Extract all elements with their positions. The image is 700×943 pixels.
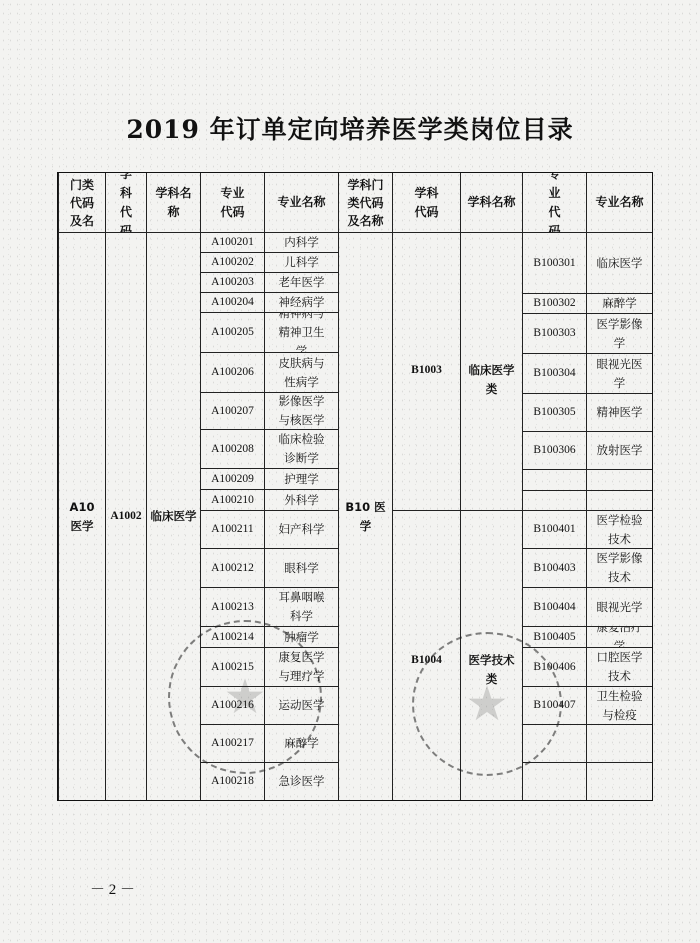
header-discipline-code: 学科代码: [105, 172, 147, 233]
major-code: B100305: [522, 393, 587, 432]
major-name: 耳鼻咽喉科学: [264, 587, 339, 627]
major-name: [586, 469, 653, 491]
category-a10: A10 医学: [58, 232, 106, 801]
major-code: A100202: [200, 252, 265, 273]
major-code: [522, 490, 587, 511]
major-code: B100401: [522, 510, 587, 549]
major-code: A100216: [200, 686, 265, 725]
major-name: 神经病学: [264, 292, 339, 313]
major-code: A100212: [200, 548, 265, 588]
page-number: － 2 －: [90, 878, 135, 899]
document-title: 2019 年订单定向培养医学类岗位目录: [0, 110, 700, 146]
major-code: B100406: [522, 647, 587, 687]
major-name: 影像医学与核医学: [264, 392, 339, 430]
major-name: 口腔医学技术: [586, 647, 653, 687]
major-name: 临床医学: [586, 232, 653, 294]
major-name: 护理学: [264, 468, 339, 490]
discipline-code-a1002: A1002: [105, 232, 147, 801]
discipline-code-b1004: B1004: [392, 510, 461, 801]
discipline-name-b1003: 临床医学类: [460, 232, 523, 511]
header-discipline-name: 学科名称: [460, 172, 523, 233]
discipline-name-b1004: 医学技术类: [460, 510, 523, 801]
discipline-name-a1002: 临床医学: [146, 232, 201, 801]
major-name: 卫生检验与检疫: [586, 686, 653, 725]
major-code: A100208: [200, 429, 265, 469]
major-code: [522, 762, 587, 801]
major-code: B100303: [522, 313, 587, 354]
major-name: 妇产科学: [264, 510, 339, 549]
major-code: B100302: [522, 293, 587, 314]
major-name: 临床检验诊断学: [264, 429, 339, 469]
major-code: A100209: [200, 468, 265, 490]
major-code: A100210: [200, 489, 265, 511]
major-code: B100403: [522, 548, 587, 588]
header-category: 学科门类代码及名称: [58, 172, 106, 233]
major-name: 医学影像学: [586, 313, 653, 354]
major-code: [522, 724, 587, 763]
major-code: A100205: [200, 312, 265, 353]
major-code: A100213: [200, 587, 265, 627]
header-discipline-name: 学科名称: [146, 172, 201, 233]
major-name: [586, 724, 653, 763]
major-code: A100215: [200, 647, 265, 687]
major-name: 放射医学: [586, 431, 653, 470]
major-code: B100301: [522, 232, 587, 294]
major-code: A100211: [200, 510, 265, 549]
major-code: A100206: [200, 352, 265, 393]
category-b10: B10 医学: [338, 232, 393, 801]
major-code: B100404: [522, 587, 587, 627]
major-code: B100304: [522, 353, 587, 394]
major-name: 运动医学: [264, 686, 339, 725]
header-major-name: 专业名称: [264, 172, 339, 233]
major-code: B100405: [522, 626, 587, 648]
major-name: 外科学: [264, 489, 339, 511]
major-name: 皮肤病与性病学: [264, 352, 339, 393]
major-code: A100204: [200, 292, 265, 313]
major-code: A100218: [200, 762, 265, 801]
major-name: 老年医学: [264, 272, 339, 293]
major-code: A100203: [200, 272, 265, 293]
header-category: 学科门类代码及名称: [338, 172, 393, 233]
major-name: [586, 490, 653, 511]
major-code: A100217: [200, 724, 265, 763]
major-name: 康复治疗学: [586, 626, 653, 648]
major-name: 麻醉学: [586, 293, 653, 314]
major-name: 医学影像技术: [586, 548, 653, 588]
major-name: 儿科学: [264, 252, 339, 273]
major-name: 内科学: [264, 232, 339, 253]
major-name: 眼科学: [264, 548, 339, 588]
header-major-code: 专业代码: [522, 172, 587, 233]
major-name: 医学检验技术: [586, 510, 653, 549]
major-name: 眼视光学: [586, 587, 653, 627]
major-code: A100214: [200, 626, 265, 648]
major-code: A100201: [200, 232, 265, 253]
header-major-name: 专业名称: [586, 172, 653, 233]
major-name: 肿瘤学: [264, 626, 339, 648]
major-name: 精神病与精神卫生学: [264, 312, 339, 353]
header-major-code: 专业代码: [200, 172, 265, 233]
major-name: 眼视光医学: [586, 353, 653, 394]
major-name: [586, 762, 653, 801]
major-code: B100407: [522, 686, 587, 725]
header-discipline-code: 学科代码: [392, 172, 461, 233]
major-name: 精神医学: [586, 393, 653, 432]
major-code: A100207: [200, 392, 265, 430]
major-name: 麻醉学: [264, 724, 339, 763]
major-code: B100306: [522, 431, 587, 470]
major-code: [522, 469, 587, 491]
major-name: 康复医学与理疗学: [264, 647, 339, 687]
discipline-code-b1003: B1003: [392, 232, 461, 511]
major-name: 急诊医学: [264, 762, 339, 801]
